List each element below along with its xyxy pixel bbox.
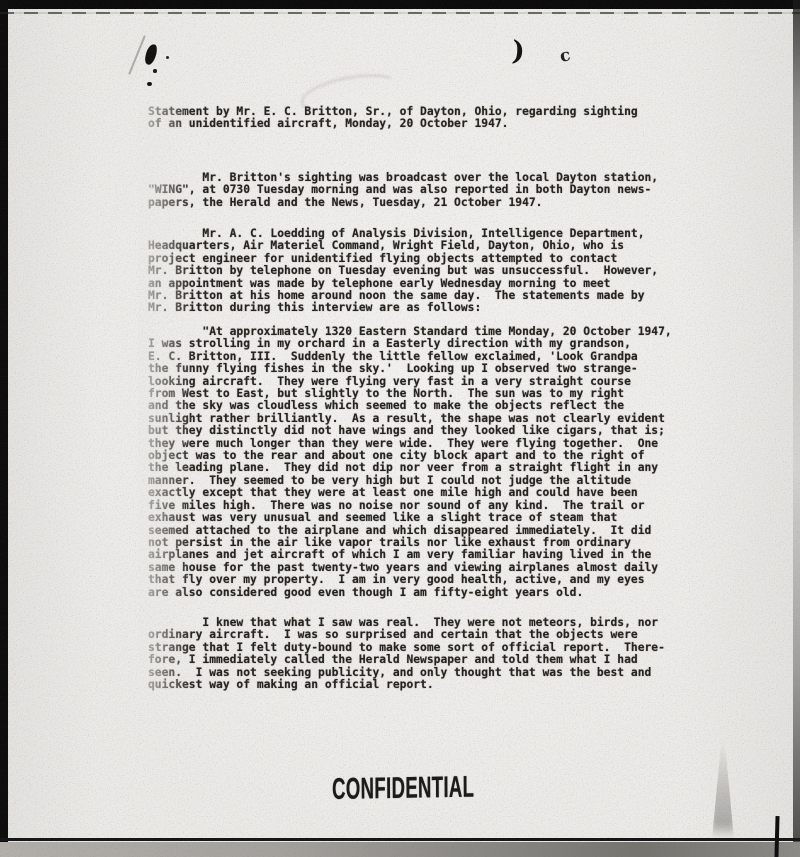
text-line: the leading plane. They did not dip nor …	[148, 462, 672, 474]
text-line: that fly over my property. I am in very …	[148, 574, 672, 586]
paragraph-loedding: Mr. A. C. Loedding of Analysis Division,…	[148, 228, 658, 315]
text-line: papers, the Herald and the News, Tuesday…	[148, 197, 658, 209]
text-line: Headquarters, Air Materiel Command, Wrig…	[148, 240, 658, 252]
ink-dot	[153, 69, 157, 73]
text-line: are also considered good even though I a…	[148, 587, 672, 599]
ink-dot	[147, 82, 152, 86]
text-line: but they distinctly did not have wings a…	[148, 425, 672, 437]
scan-line-top	[0, 12, 800, 14]
paragraph-broadcast: Mr. Britton's sighting was broadcast ove…	[148, 172, 658, 209]
text-line: Mr. Britton during this interview are as…	[148, 302, 658, 314]
text-line: exhaust was very unusual and seemed like…	[148, 512, 672, 524]
text-line: I was strolling in my orchard in a Easte…	[148, 338, 672, 350]
confidential-stamp: CONFIDENTIAL	[332, 771, 474, 807]
text-line: airplanes and jet aircraft of which I am…	[148, 549, 672, 561]
text-line: ordinary aircraft. I was so surprised an…	[148, 629, 665, 641]
ink-dot	[166, 56, 169, 59]
text-line: "WING", at 0730 Tuesday morning and was …	[148, 184, 658, 196]
handwritten-paren-mark: )	[511, 36, 526, 68]
ink-blot-tail	[128, 35, 146, 75]
handwritten-c-mark: c	[558, 45, 572, 67]
smudge-streak	[712, 742, 734, 838]
scan-edge-left	[0, 0, 8, 857]
text-line: fore, I immediately called the Herald Ne…	[148, 654, 665, 666]
scan-edge-right	[793, 0, 800, 857]
paragraph-conclusion: I knew that what I saw was real. They we…	[148, 617, 665, 691]
text-line: and the sky was cloudless which seemed t…	[148, 400, 672, 412]
scanned-document-page: ) c Statement by Mr. E. C. Britton, Sr.,…	[0, 0, 800, 857]
paragraph-statement-quote: "At approximately 1320 Eastern Standard …	[148, 326, 672, 599]
text-line: of an unidentified aircraft, Monday, 20 …	[148, 118, 638, 130]
scan-edge-top	[0, 0, 800, 9]
ink-blot-mark	[144, 43, 159, 66]
scan-band-bottom	[0, 842, 800, 857]
text-line: Mr. Britton by telephone on Tuesday even…	[148, 265, 658, 277]
text-line: quickest way of making an official repor…	[148, 679, 665, 691]
text-line: the funny flying fishes in the sky.' Loo…	[148, 363, 672, 375]
scan-line-bottom	[0, 838, 800, 841]
document-title: Statement by Mr. E. C. Britton, Sr., of …	[148, 106, 638, 131]
text-line: exactly except that they were at least o…	[148, 487, 672, 499]
